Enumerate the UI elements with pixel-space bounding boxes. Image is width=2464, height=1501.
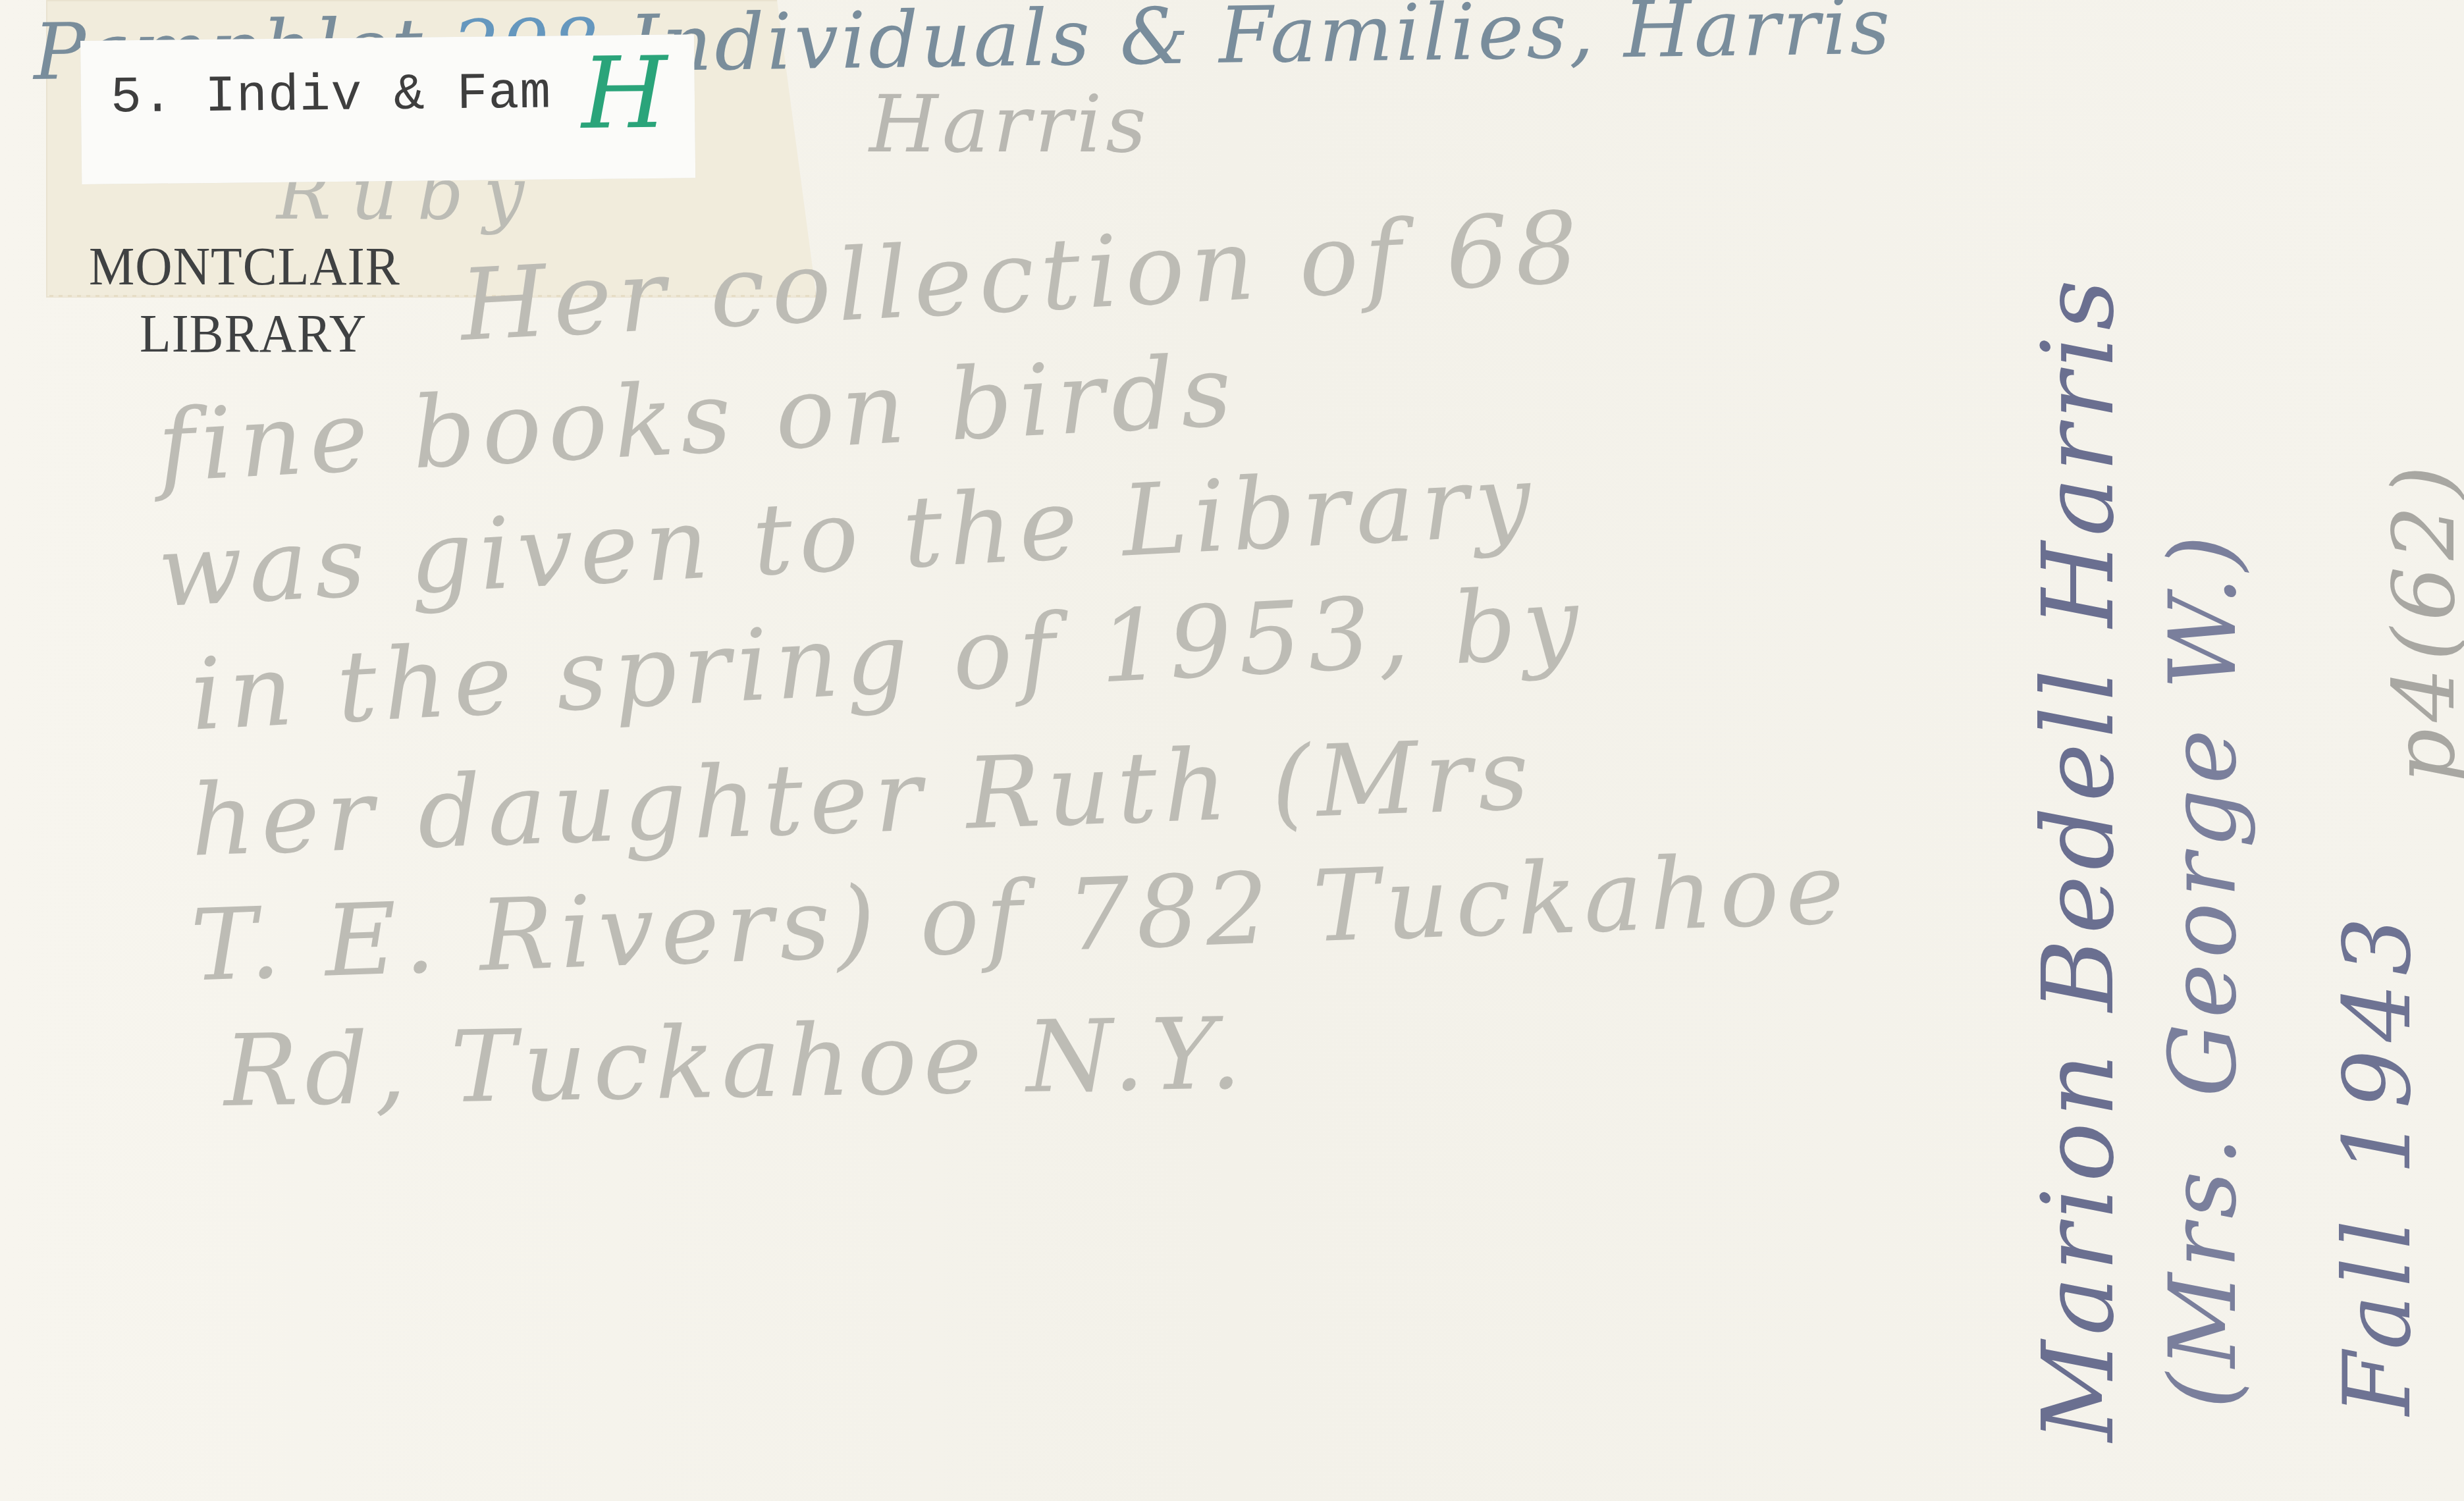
- photo-date: Fall 1943: [2324, 909, 2432, 1415]
- page-reference: p4(62): [2374, 459, 2464, 783]
- subject-name: Marion Bedell Harris: [2022, 275, 2136, 1442]
- subject-spouse: (Mrs. George W.): [2150, 530, 2257, 1409]
- pencil-surname: Harris: [869, 79, 1150, 171]
- typed-label: 5. Indiv & Fam H: [80, 34, 695, 184]
- note-line: Rd, Tuckahoe N.Y.: [150, 978, 1996, 1136]
- label-text: 5. Indiv & Fam: [110, 65, 551, 128]
- label-handwritten-mark: H: [581, 44, 668, 144]
- pencil-note: Her collection of 68 fine books on birds…: [151, 260, 1995, 1136]
